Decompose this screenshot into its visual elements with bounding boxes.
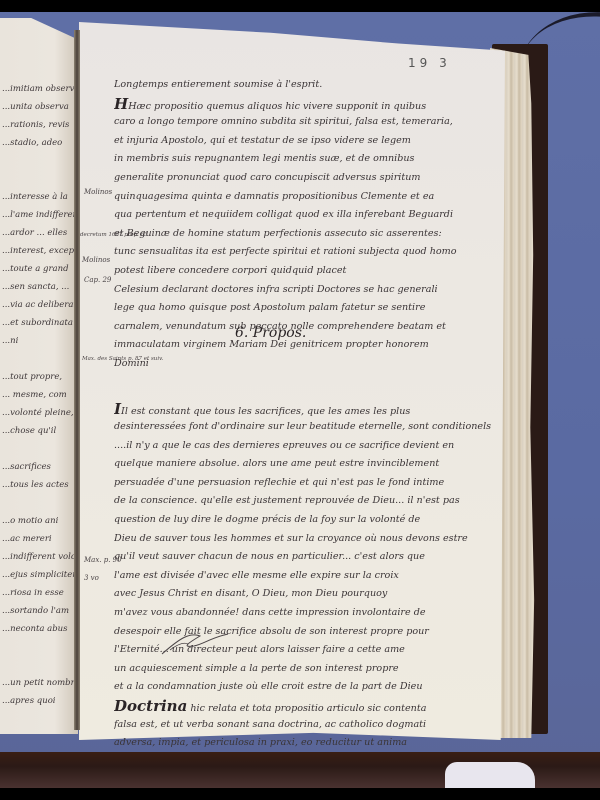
top-black-border (0, 0, 600, 12)
text-line: ....il n'y a que le cas des dernieres ep… (114, 437, 500, 456)
section-heading: 6. Propos. (235, 325, 306, 341)
text-line: tunc sensualitas ita est perfecte spirit… (114, 243, 500, 262)
text-line: de la conscience. qu'elle est justement … (114, 492, 500, 511)
left-line (2, 350, 76, 368)
text-line: in membris suis repugnantem legi mentis … (114, 150, 500, 169)
left-line: ... mesme, com (2, 386, 76, 404)
text-line: adversa, impia, et periculosa in praxi, … (114, 734, 500, 753)
text-line: l'ame est divisée d'avec elle mesme elle… (114, 567, 500, 586)
text-line: HHæc propositio quemus aliquos hic viver… (114, 95, 500, 114)
text-line: Domini (114, 355, 500, 374)
left-line: ...toute a grand (2, 260, 76, 278)
left-line: ...tout propre, (2, 368, 76, 386)
left-line: ...ardor ... elles (2, 224, 76, 242)
doctrina-label: Doctrina (114, 697, 187, 715)
text-line: quinquagesima quinta e damnatis proposit… (114, 188, 500, 207)
left-line: ...ejus simpliciter (2, 566, 76, 584)
left-page-text: ...imitiam observ ...unita observa ...ra… (2, 80, 76, 710)
text-line: generalite pronunciat quod caro concupis… (114, 169, 500, 188)
left-line: ...via ac deliberat (2, 296, 76, 314)
text-line: qua pertentum et nequiidem colligat quod… (114, 206, 500, 225)
left-line (2, 170, 76, 188)
manuscript-text: Longtemps entierement soumise à l'esprit… (114, 76, 500, 771)
text-line: Longtemps entierement soumise à l'esprit… (114, 76, 500, 95)
left-line: ...imitiam observ (2, 80, 76, 98)
left-line: ...apres quoi (2, 692, 76, 710)
text-line: un acquiescement simple a la perte de so… (114, 660, 500, 679)
margin-note: Cap. 29 (84, 276, 111, 284)
left-line: ...o motio ani (2, 512, 76, 530)
left-line: ...chose qu'il (2, 422, 76, 440)
left-line: ...tous les actes (2, 476, 76, 494)
text-line: lege qua homo quisque post Apostolum pal… (114, 299, 500, 318)
text-line: desinteressées font d'ordinaire sur leur… (114, 418, 500, 437)
text-line: potest libere concedere corpori quidquid… (114, 262, 500, 281)
text-line: Doctrina hic relata et tota propositio a… (114, 697, 500, 716)
left-line: ...sacrifices (2, 458, 76, 476)
margin-note: Molinos (84, 188, 112, 196)
left-line: ...neconta abus (2, 620, 76, 638)
text-line: question de luy dire le dogme précis de … (114, 511, 500, 530)
left-line: ...sortando l'am (2, 602, 76, 620)
left-line: ...interest, excepté (2, 242, 76, 260)
left-line: ...indifferent volo (2, 548, 76, 566)
text-line-rest: Hæc propositio quemus aliquos hic vivere… (128, 101, 426, 112)
bottom-black-border (0, 788, 600, 800)
left-line (2, 152, 76, 170)
text-line: IIl est constant que tous les sacrifices… (114, 400, 500, 419)
initial-letter: H (114, 95, 128, 113)
text-line: Dieu de sauver tous les hommes et sur la… (114, 530, 500, 549)
text-line: quelque maniere absolue. alors une ame p… (114, 455, 500, 474)
folio-number: 19 3 (408, 56, 451, 70)
left-line (2, 494, 76, 512)
left-line: ...volonté pleine, (2, 404, 76, 422)
text-line: immaculatam virginem Mariam Dei genitric… (114, 336, 500, 355)
left-line: ...ni (2, 332, 76, 350)
left-line (2, 656, 76, 674)
text-line: carnalem, venundatum sub peccato nolle c… (114, 318, 500, 337)
left-line: ...ac mereri (2, 530, 76, 548)
spacer (114, 374, 500, 400)
left-line (2, 440, 76, 458)
text-line-rest: Il est constant que tous les sacrifices,… (121, 406, 410, 417)
margin-note: Molinos (82, 256, 110, 264)
margin-note: 3 vo (84, 574, 99, 582)
left-line: ...un petit nombre (2, 674, 76, 692)
book-gutter (74, 30, 80, 730)
text-line-rest: hic relata et tota propositio articulo s… (190, 703, 426, 714)
text-line: et injuria Apostolo, qui et testatur de … (114, 132, 500, 151)
left-line: ...stadio, adeo (2, 134, 76, 152)
text-line: et Beguinæ de homine statum perfectionis… (114, 225, 500, 244)
left-line: ...interesse à la (2, 188, 76, 206)
left-line: ...et subordinata (2, 314, 76, 332)
text-line: caro a longo tempore omnino subdita sit … (114, 113, 500, 132)
text-line: qu'il veut sauver chacun de nous en part… (114, 548, 500, 567)
text-line: et a la condamnation juste où elle croit… (114, 678, 500, 697)
left-line: ...rationis, revis (2, 116, 76, 134)
text-line: persuadée d'une persuasion reflechie et … (114, 474, 500, 493)
left-line: ...l'ame indifferen (2, 206, 76, 224)
initial-letter: I (114, 400, 121, 418)
text-line: Celesium declarant doctores infra script… (114, 281, 500, 300)
text-line: falsa est, et ut verba sonant sana doctr… (114, 716, 500, 735)
left-line: ...unita observa (2, 98, 76, 116)
left-line: ...sen sancta, ... (2, 278, 76, 296)
signature-flourish-icon (160, 628, 230, 658)
text-line: m'avez vous abandonnée! dans cette impre… (114, 604, 500, 623)
left-line: ...riosa in esse (2, 584, 76, 602)
text-line: avec Jesus Christ en disant, O Dieu, mon… (114, 585, 500, 604)
left-line (2, 638, 76, 656)
